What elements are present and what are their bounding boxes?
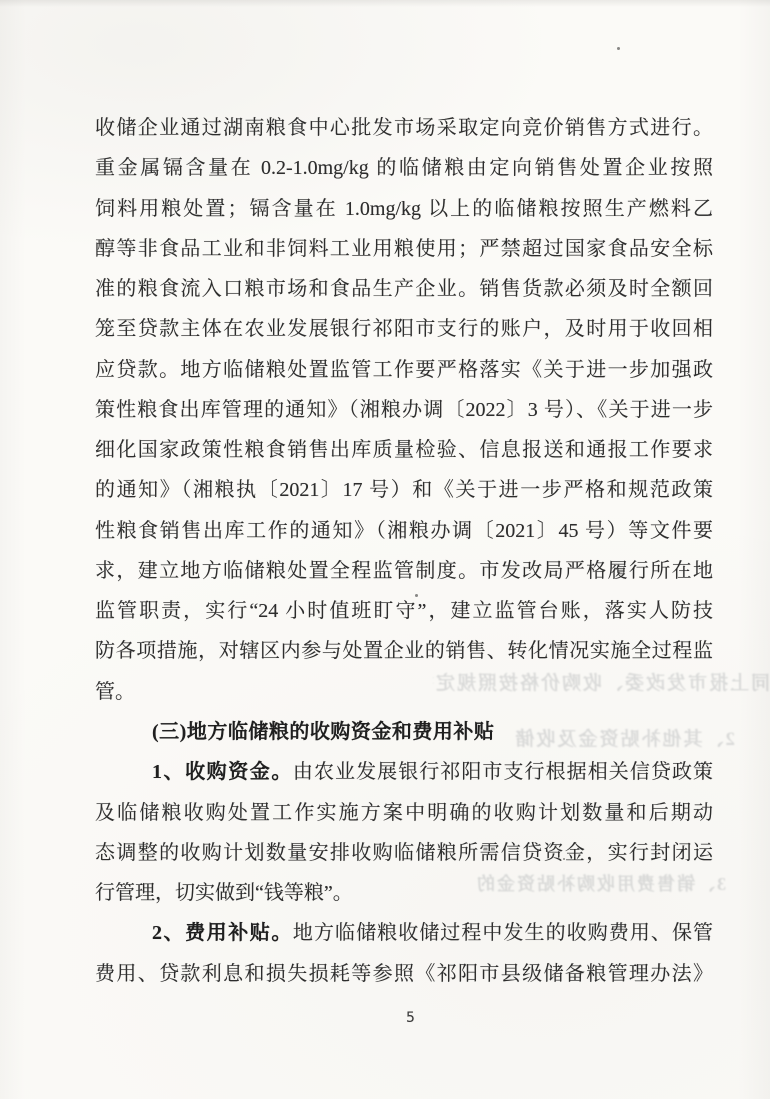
text-segment: 饲料用粮处置；镉含量在 1.0mg/kg 以上的临储粮按照生产燃料乙 (95, 198, 713, 220)
scanned-document-page: 收储企业通过湖南粮食中心批发市场采取定向竞价销售方式进行。重金属镉含量在 0.2… (0, 0, 770, 1099)
text-segment: 监管职责，实行“24 小时值班盯守”，建立监管台账，落实人防技 (95, 600, 713, 622)
page-number: 5 (406, 1010, 415, 1026)
text-line: 1、收购资金。由农业发展银行祁阳市支行根据相关信贷政策 (95, 752, 713, 792)
text-segment: 地方临储粮收储过程中发生的收购费用、保管 (293, 922, 713, 944)
text-segment: 行管理，切实做到“钱等粮”。 (95, 882, 353, 904)
text-line: 态调整的收购计划数量安排收购临储粮所需信贷资金，实行封闭运 (95, 833, 713, 873)
text-line: 2、费用补贴。地方临储粮收储过程中发生的收购费用、保管 (95, 913, 713, 953)
text-segment: 费用、贷款利息和损失损耗等参照《祁阳市县级储备粮管理办法》 (95, 963, 713, 985)
text-line: 笼至贷款主体在农业发展银行祁阳市支行的账户，及时用于收回相 (95, 309, 713, 349)
text-line: 饲料用粮处置；镉含量在 1.0mg/kg 以上的临储粮按照生产燃料乙 (95, 189, 713, 229)
text-segment: 准的粮食流入口粮市场和食品生产企业。销售货款必须及时全额回 (95, 278, 713, 300)
text-line: 准的粮食流入口粮市场和食品生产企业。销售货款必须及时全额回 (95, 269, 713, 309)
text-line: 管。 (95, 672, 713, 712)
text-segment: 性粮食销售出库工作的通知》（湘粮办调〔2021〕45 号）等文件要 (95, 520, 713, 542)
text-line: 性粮食销售出库工作的通知》（湘粮办调〔2021〕45 号）等文件要 (95, 511, 713, 551)
text-line: 求，建立地方临储粮处置全程监管制度。市发改局严格履行所在地 (95, 551, 713, 591)
text-segment: 笼至贷款主体在农业发展银行祁阳市支行的账户，及时用于收回相 (95, 318, 713, 340)
text-line: 及临储粮收购处置工作实施方案中明确的收购计划数量和后期动 (95, 793, 713, 833)
bold-text-segment: 2、费用补贴。 (152, 922, 293, 944)
text-line: (三)地方临储粮的收购资金和费用补贴 (95, 712, 713, 752)
bold-text-segment: (三)地方临储粮的收购资金和费用补贴 (152, 721, 494, 743)
text-segment: 求，建立地方临储粮处置全程监管制度。市发改局严格履行所在地 (95, 560, 713, 582)
scan-speck (617, 47, 620, 50)
text-line: 细化国家政策性粮食销售出库质量检验、信息报送和通报工作要求 (95, 430, 713, 470)
text-line: 策性粮食出库管理的通知》（湘粮办调〔2022〕3 号）、《关于进一步 (95, 390, 713, 430)
text-line: 重金属镉含量在 0.2-1.0mg/kg 的临储粮由定向销售处置企业按照 (95, 148, 713, 188)
text-line: 醇等非食品工业和非饲料工业用粮使用；严禁超过国家食品安全标 (95, 229, 713, 269)
scan-speck (563, 858, 565, 860)
text-segment: 的通知》（湘粮执〔2021〕17 号）和《关于进一步严格和规范政策 (95, 479, 713, 501)
scan-speck (415, 594, 418, 597)
text-segment: 细化国家政策性粮食销售出库质量检验、信息报送和通报工作要求 (95, 439, 713, 461)
text-line: 的通知》（湘粮执〔2021〕17 号）和《关于进一步严格和规范政策 (95, 470, 713, 510)
bold-text-segment: 1、收购资金。 (152, 761, 293, 783)
text-segment: 及临储粮收购处置工作实施方案中明确的收购计划数量和后期动 (95, 802, 713, 824)
text-segment: 由农业发展银行祁阳市支行根据相关信贷政策 (293, 761, 713, 783)
text-segment: 应贷款。地方临储粮处置监管工作要严格落实《关于进一步加强政 (95, 359, 713, 381)
text-segment: 态调整的收购计划数量安排收购临储粮所需信贷资金，实行封闭运 (95, 842, 713, 864)
text-segment: 醇等非食品工业和非饲料工业用粮使用；严禁超过国家食品安全标 (95, 238, 713, 260)
text-line: 应贷款。地方临储粮处置监管工作要严格落实《关于进一步加强政 (95, 350, 713, 390)
text-segment: 重金属镉含量在 0.2-1.0mg/kg 的临储粮由定向销售处置企业按照 (95, 157, 713, 179)
text-segment: 防各项措施，对辖区内参与处置企业的销售、转化情况实施全过程监 (95, 640, 713, 662)
text-line: 行管理，切实做到“钱等粮”。 (95, 873, 713, 913)
text-line: 费用、贷款利息和损失损耗等参照《祁阳市县级储备粮管理办法》 (95, 954, 713, 994)
text-segment: 管。 (95, 681, 135, 703)
text-line: 防各项措施，对辖区内参与处置企业的销售、转化情况实施全过程监 (95, 631, 713, 671)
text-segment: 策性粮食出库管理的通知》（湘粮办调〔2022〕3 号）、《关于进一步 (95, 399, 713, 421)
text-line: 监管职责，实行“24 小时值班盯守”，建立监管台账，落实人防技 (95, 591, 713, 631)
text-segment: 收储企业通过湖南粮食中心批发市场采取定向竞价销售方式进行。 (95, 117, 713, 139)
text-line: 收储企业通过湖南粮食中心批发市场采取定向竞价销售方式进行。 (95, 108, 713, 148)
document-body: 收储企业通过湖南粮食中心批发市场采取定向竞价销售方式进行。重金属镉含量在 0.2… (95, 108, 713, 994)
